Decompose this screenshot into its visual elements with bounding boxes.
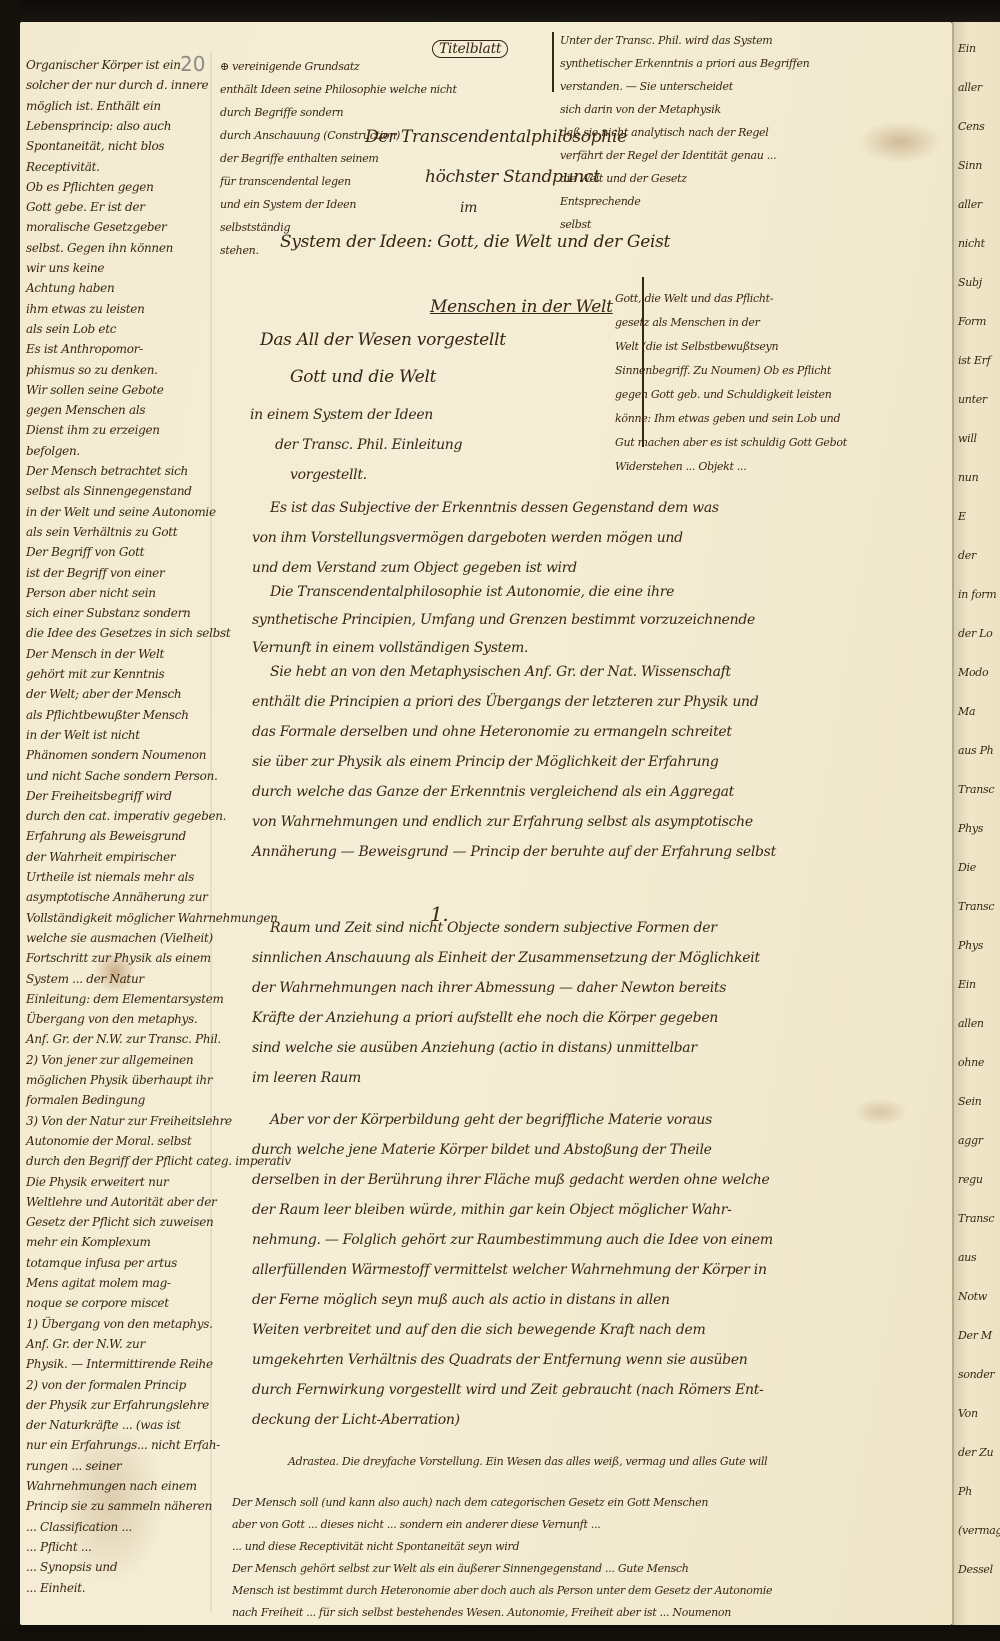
paragraph-line: Weiten verbreitet und auf den die sich b… [252, 1322, 706, 1338]
paragraph-line: der Wahrnehmungen nach ihrer Abmessung —… [252, 980, 726, 996]
facing-page-fragment: Phys [958, 939, 983, 952]
outline-note-line: Gut machen aber es ist schuldig Gott Geb… [615, 436, 847, 449]
scan-left-border [0, 0, 20, 1641]
margin-line: die Idee des Gesetzes in sich selbst [26, 626, 230, 640]
paragraph-line: sie über zur Physik als einem Princip de… [252, 754, 719, 770]
note-line: und ein System der Ideen [220, 198, 356, 211]
margin-line: Wir sollen seine Gebote [26, 383, 164, 397]
margin-line: 1) Übergang von den metaphys. [26, 1317, 213, 1331]
outline-note-line: gesetz als Menschen in der [615, 316, 760, 329]
margin-line: möglich ist. Enthält ein [26, 99, 161, 113]
margin-line: Gesetz der Pflicht sich zuweisen [26, 1215, 213, 1229]
margin-line: Wahrnehmungen nach einem [26, 1479, 197, 1493]
heading-line: Menschen in der Welt [430, 297, 613, 317]
note-line: enthält Ideen seine Philosophie welche n… [220, 83, 457, 96]
paragraph-line: nehmung. — Folglich gehört zur Raumbesti… [252, 1232, 773, 1248]
note-line: sich darin von der Metaphysik [560, 103, 721, 116]
facing-page-fragment: der [958, 549, 976, 562]
outline-note-line: könne: Ihm etwas geben und sein Lob und [615, 412, 840, 425]
paragraph-line: allerfüllenden Wärmestoff vermittelst we… [252, 1262, 767, 1278]
outline-note-line: Gott, die Welt und das Pflicht- [615, 292, 773, 305]
margin-fold [210, 52, 212, 1612]
facing-page-fragment: Dessel [958, 1563, 993, 1576]
facing-page-fragment: der Zu [958, 1446, 993, 1459]
margin-line: und nicht Sache sondern Person. [26, 769, 218, 783]
margin-line: noque se corpore miscet [26, 1296, 169, 1310]
facing-page-fragment: regu [958, 1173, 983, 1186]
facing-page-fragment: Ma [958, 705, 975, 718]
margin-line: Der Freiheitsbegriff wird [26, 789, 172, 803]
bracket-line [552, 32, 554, 92]
margin-line: ist der Begriff von einer [26, 566, 164, 580]
margin-line: mehr ein Komplexum [26, 1235, 151, 1249]
margin-line: Organischer Körper ist ein [26, 58, 181, 72]
facing-page-fragment: Notw [958, 1290, 987, 1303]
margin-line: solcher der nur durch d. innere [26, 78, 208, 92]
margin-line: durch den cat. imperativ gegeben. [26, 809, 226, 823]
facing-page-fragment: Sein [958, 1095, 981, 1108]
facing-page-fragment: Cens [958, 120, 984, 133]
note-line: der Begriffe enthalten seinem [220, 152, 379, 165]
paragraph-line: Annäherung — Beweisgrund — Princip der b… [252, 844, 776, 860]
heading-line: im [460, 200, 477, 216]
note-line: synthetischer Erkenntnis a priori aus Be… [560, 57, 809, 70]
margin-line: Einleitung: dem Elementarsystem [26, 992, 224, 1006]
paragraph-line: durch welche das Ganze der Erkenntnis ve… [252, 784, 734, 800]
paragraph-line: Der Mensch gehört selbst zur Welt als ei… [232, 1562, 689, 1575]
paragraph-line: Der Mensch soll (und kann also auch) nac… [232, 1496, 708, 1509]
facing-page-fragment: E [958, 510, 966, 523]
outline-line: vorgestellt. [290, 467, 367, 483]
facing-page-fragment: Ein [958, 42, 976, 55]
paragraph-line: sind welche sie ausüben Anziehung (actio… [252, 1040, 697, 1056]
margin-line: Anf. Gr. der N.W. zur Transc. Phil. [26, 1032, 221, 1046]
margin-line: welche sie ausmachen (Vielheit) [26, 931, 213, 945]
paragraph-line: umgekehrten Verhältnis des Quadrats der … [252, 1352, 748, 1368]
margin-line: Anf. Gr. der N.W. zur [26, 1337, 145, 1351]
margin-line: sich einer Substanz sondern [26, 606, 190, 620]
paragraph-line: im leeren Raum [252, 1070, 361, 1086]
paragraph-line: derselben in der Berührung ihrer Fläche … [252, 1172, 769, 1188]
margin-line: Gott gebe. Er ist der [26, 200, 145, 214]
margin-line: Autonomie der Moral. selbst [26, 1134, 191, 1148]
margin-line: Mens agitat molem mag- [26, 1276, 171, 1290]
margin-line: Spontaneität, nicht blos [26, 139, 164, 153]
margin-line: in der Welt und seine Autonomie [26, 505, 216, 519]
margin-line: moralische Gesetzgeber [26, 220, 167, 234]
facing-page-fragment: nicht [958, 237, 985, 250]
margin-line: asymptotische Annäherung zur [26, 890, 208, 904]
margin-line: Es ist Anthropomor- [26, 342, 143, 356]
note-line: verfährt der Regel der Identität genau .… [560, 149, 776, 162]
margin-line: ... Pflicht ... [26, 1540, 91, 1554]
facing-page-edge: EinallerCensSinnallernichtSubjFormist Er… [952, 22, 1000, 1625]
outline-note-line: Sinnenbegriff. Zu Noumen) Ob es Pflicht [615, 364, 831, 377]
paragraph-line: der Ferne möglich seyn muß auch als acti… [252, 1292, 670, 1308]
margin-line: als sein Lob etc [26, 322, 116, 336]
note-line: Unter der Transc. Phil. wird das System [560, 34, 772, 47]
paragraph-line: Die Transcendentalphilosophie ist Autono… [270, 584, 674, 600]
facing-page-fragment: Transc [958, 1212, 994, 1225]
note-line: die Welt und der Gesetz [560, 172, 687, 185]
margin-line: Der Begriff von Gott [26, 545, 144, 559]
facing-page-fragment: aus Ph [958, 744, 993, 757]
margin-line: Phänomen sondern Noumenon [26, 748, 206, 762]
facing-page-fragment: aller [958, 198, 982, 211]
paragraph-line: und dem Verstand zum Object gegeben ist … [252, 560, 577, 576]
margin-line: Der Mensch betrachtet sich [26, 464, 188, 478]
paragraph-line: nach Freiheit ... für sich selbst besteh… [232, 1606, 731, 1619]
outline-line: in einem System der Ideen [250, 407, 433, 423]
margin-line: gehört mit zur Kenntnis [26, 667, 164, 681]
title-box: Titelblatt [432, 40, 508, 58]
margin-line: Urtheile ist niemals mehr als [26, 870, 194, 884]
facing-page-fragment: in form [958, 588, 996, 601]
facing-page-fragment: aus [958, 1251, 976, 1264]
facing-page-fragment: Ph [958, 1485, 972, 1498]
facing-page-fragment: aller [958, 81, 982, 94]
note-line: selbst [560, 218, 591, 231]
margin-line: Ob es Pflichten gegen [26, 180, 154, 194]
paragraph-line: synthetische Principien, Umfang und Gren… [252, 612, 755, 628]
facing-page-fragment: ohne [958, 1056, 984, 1069]
margin-line: totamque infusa per artus [26, 1256, 177, 1270]
manuscript-page: 20 Organischer Körper ist einsolcher der… [20, 22, 952, 1625]
margin-line: ... Classification ... [26, 1520, 132, 1534]
paragraph-line: enthält die Principien a priori des Über… [252, 694, 758, 710]
margin-line: 2) Von jener zur allgemeinen [26, 1053, 193, 1067]
facing-page-fragment: Transc [958, 783, 994, 796]
outline-note-line: Widerstehen ... Objekt ... [615, 460, 746, 473]
margin-line: System ... der Natur [26, 972, 144, 986]
outline-line: Das All der Wesen vorgestellt [260, 330, 506, 350]
margin-line: Die Physik erweitert nur [26, 1175, 168, 1189]
margin-line: 3) Von der Natur zur Freiheitslehre [26, 1114, 232, 1128]
scan-bottom-border [0, 1625, 1000, 1641]
paragraph-line: von ihm Vorstellungsvermögen dargeboten … [252, 530, 683, 546]
paragraph-line: das Formale derselben und ohne Heteronom… [252, 724, 732, 740]
margin-line: Vollständigkeit möglicher Wahrnehmungen [26, 911, 278, 925]
margin-line: Physik. — Intermittirende Reihe [26, 1357, 213, 1371]
paragraph-line: sinnlichen Anschauung als Einheit der Zu… [252, 950, 760, 966]
facing-page-fragment: Von [958, 1407, 978, 1420]
note-line: ⊕ vereinigende Grundsatz [220, 60, 360, 73]
margin-line: formalen Bedingung [26, 1093, 145, 1107]
margin-line: möglichen Physik überhaupt ihr [26, 1073, 212, 1087]
paragraph-line: Adrastea. Die dreyfache Vorstellung. Ein… [288, 1455, 767, 1468]
margin-line: Lebensprincip: also auch [26, 119, 171, 133]
section-number: 1. [430, 902, 448, 926]
margin-line: 2) von der formalen Princip [26, 1378, 186, 1392]
note-line: durch Begriffe sondern [220, 106, 343, 119]
margin-line: Fortschritt zur Physik als einem [26, 951, 211, 965]
margin-line: befolgen. [26, 444, 80, 458]
margin-line: Weltlehre und Autorität aber der [26, 1195, 216, 1209]
paragraph-line: aber von Gott ... dieses nicht ... sonde… [232, 1518, 600, 1531]
note-line: daß sie nicht analytisch nach der Regel [560, 126, 769, 139]
margin-line: der Wahrheit empirischer [26, 850, 175, 864]
margin-line: rungen ... seiner [26, 1459, 121, 1473]
facing-page-fragment: Form [958, 315, 986, 328]
margin-line: Dienst ihm zu erzeigen [26, 423, 160, 437]
margin-line: ihm etwas zu leisten [26, 302, 145, 316]
note-line: Entsprechende [560, 195, 640, 208]
facing-page-fragment: Subj [958, 276, 982, 289]
facing-page-fragment: Die [958, 861, 976, 874]
paragraph-line: der Raum leer bleiben würde, mithin gar … [252, 1202, 732, 1218]
margin-line: der Naturkräfte ... (was ist [26, 1418, 180, 1432]
paragraph-line: durch Fernwirkung vorgestellt wird und Z… [252, 1382, 763, 1398]
paragraph-line: deckung der Licht-Aberration) [252, 1412, 460, 1428]
margin-line: der Physik zur Erfahrungslehre [26, 1398, 209, 1412]
facing-page-fragment: Transc [958, 900, 994, 913]
note-line: für transcendental legen [220, 175, 351, 188]
paragraph-line: durch welche jene Materie Körper bildet … [252, 1142, 712, 1158]
paragraph-line: Kräfte der Anziehung a priori aufstellt … [252, 1010, 718, 1026]
margin-line: phismus so zu denken. [26, 363, 158, 377]
note-line: stehen. [220, 244, 259, 257]
paragraph-line: Mensch ist bestimmt durch Heteronomie ab… [232, 1584, 772, 1597]
margin-line: gegen Menschen als [26, 403, 145, 417]
paragraph-line: Aber vor der Körperbildung geht der begr… [270, 1112, 712, 1128]
facing-page-fragment: Sinn [958, 159, 982, 172]
note-line: verstanden. — Sie unterscheidet [560, 80, 733, 93]
paragraph-line: Vernunft in einem vollständigen System. [252, 640, 528, 656]
margin-line: nur ein Erfahrungs... nicht Erfah- [26, 1438, 220, 1452]
margin-line: selbst. Gegen ihn können [26, 241, 173, 255]
paragraph-line: ... und diese Receptivität nicht Spontan… [232, 1540, 519, 1553]
heading-line: System der Ideen: Gott, die Welt und der… [280, 232, 670, 252]
margin-line: Erfahrung als Beweisgrund [26, 829, 186, 843]
facing-page-fragment: will [958, 432, 977, 445]
facing-page-fragment: (vermag) [958, 1524, 1000, 1537]
facing-page-fragment: der Lo [958, 627, 992, 640]
paragraph-line: Raum und Zeit sind nicht Objecte sondern… [270, 920, 717, 936]
margin-line: Receptivität. [26, 160, 100, 174]
outline-note-line: gegen Gott geb. und Schuldigkeit leisten [615, 388, 832, 401]
paragraph-line: von Wahrnehmungen und endlich zur Erfahr… [252, 814, 753, 830]
facing-page-fragment: nun [958, 471, 978, 484]
paragraph-line: Sie hebt an von den Metaphysischen Anf. … [270, 664, 731, 680]
facing-page-fragment: sonder [958, 1368, 994, 1381]
facing-page-fragment: Phys [958, 822, 983, 835]
margin-line: der Welt; aber der Mensch [26, 687, 181, 701]
facing-page-fragment: Modo [958, 666, 988, 679]
margin-line: selbst als Sinnengegenstand [26, 484, 192, 498]
outline-note-line: Welt (die ist Selbstbewußtseyn [615, 340, 778, 353]
margin-line: in der Welt ist nicht [26, 728, 140, 742]
margin-line: Princip sie zu sammeln näheren [26, 1499, 212, 1513]
margin-line: Der Mensch in der Welt [26, 647, 164, 661]
outline-line: Gott und die Welt [290, 367, 436, 387]
facing-page-fragment: unter [958, 393, 987, 406]
facing-page-fragment: allen [958, 1017, 984, 1030]
facing-page-fragment: Der M [958, 1329, 992, 1342]
facing-page-fragment: ist Erf [958, 354, 990, 367]
margin-line: als Pflichtbewußter Mensch [26, 708, 189, 722]
margin-line: ... Synopsis und [26, 1560, 117, 1574]
outline-line: der Transc. Phil. Einleitung [275, 437, 462, 453]
margin-line: ... Einheit. [26, 1581, 85, 1595]
paragraph-line: Es ist das Subjective der Erkenntnis des… [270, 500, 719, 516]
facing-page-fragment: aggr [958, 1134, 983, 1147]
margin-line: Übergang von den metaphys. [26, 1012, 197, 1026]
margin-line: wir uns keine [26, 261, 104, 275]
facing-page-fragment: Ein [958, 978, 976, 991]
margin-line: Person aber nicht sein [26, 586, 156, 600]
folio-number: 20 [180, 52, 205, 76]
margin-line: Achtung haben [26, 281, 114, 295]
margin-line: als sein Verhältnis zu Gott [26, 525, 177, 539]
